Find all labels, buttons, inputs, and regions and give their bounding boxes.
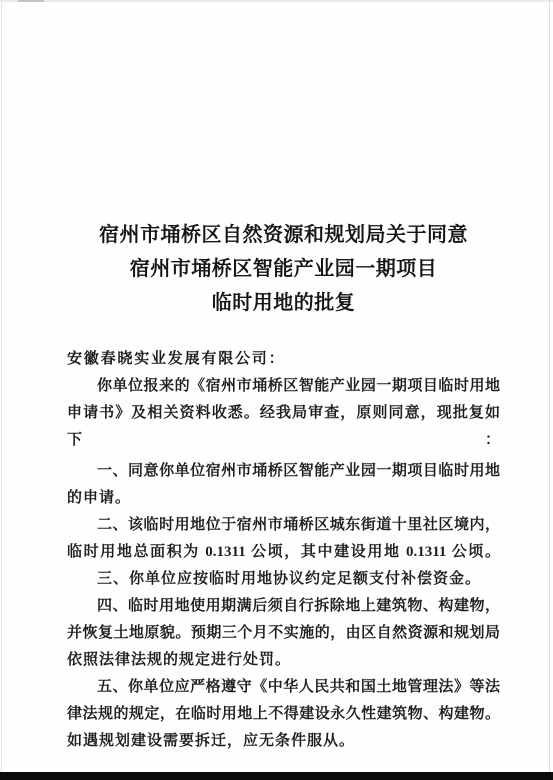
recipient-line: 安徽春晓实业发展有限公司：	[67, 346, 500, 373]
text-line: 你单位报来的《宿州市埇桥区智能产业园一期项目临时用地	[67, 373, 500, 400]
document-title: 宿州市埇桥区自然资源和规划局关于同意 宿州市埇桥区智能产业园一期项目 临时用地的…	[67, 218, 500, 320]
paragraph-item-4: 四、临时用地使用期满后须自行拆除地上建筑物、构建物， 并恢复土地原貌。预期三个月…	[67, 593, 500, 674]
text-line: 临时用地总面积为 0.1311 公顷，其中建设用地 0.1311 公顷。	[67, 539, 500, 566]
paragraph-item-3: 三、你单位应按临时用地协议约定足额支付补偿资金。	[67, 566, 500, 593]
text-line: 申请书》及相关资料收悉。经我局审查，原则同意，现批复如下：	[67, 400, 500, 454]
paragraph-intro: 你单位报来的《宿州市埇桥区智能产业园一期项目临时用地 申请书》及相关资料收悉。经…	[67, 373, 500, 454]
text-line: 三、你单位应按临时用地协议约定足额支付补偿资金。	[67, 566, 500, 593]
document-title-line-2: 宿州市埇桥区智能产业园一期项目	[67, 252, 500, 286]
text-line: 一、同意你单位宿州市埇桥区智能产业园一期项目临时用地	[67, 458, 500, 485]
text-line: 律法规的规定，在临时用地上不得建设永久性建筑物、构建物。	[67, 701, 500, 728]
text-line: 如遇规划建设需要拆迁，应无条件服从。	[67, 728, 500, 755]
text-line: 并恢复土地原貌。预期三个月不实施的，由区自然资源和规划局	[67, 620, 500, 647]
scanned-document-page: 宿州市埇桥区自然资源和规划局关于同意 宿州市埇桥区智能产业园一期项目 临时用地的…	[0, 0, 553, 780]
text-line: 依照法律法规的规定进行处罚。	[67, 647, 500, 674]
paragraph-item-1: 一、同意你单位宿州市埇桥区智能产业园一期项目临时用地 的申请。	[67, 458, 500, 512]
document-title-line-1: 宿州市埇桥区自然资源和规划局关于同意	[67, 218, 500, 252]
document-title-line-3: 临时用地的批复	[67, 286, 500, 320]
text-line: 四、临时用地使用期满后须自行拆除地上建筑物、构建物，	[67, 593, 500, 620]
text-line: 的申请。	[67, 485, 500, 512]
document-sheet: 宿州市埇桥区自然资源和规划局关于同意 宿州市埇桥区智能产业园一期项目 临时用地的…	[0, 0, 553, 755]
paragraph-item-5: 五、你单位应严格遵守《中华人民共和国土地管理法》等法 律法规的规定，在临时用地上…	[67, 674, 500, 755]
text-line: 二、该临时用地位于宿州市埇桥区城东街道十里社区境内，	[67, 512, 500, 539]
scan-bottom-edge-bar	[0, 772, 553, 780]
text-line: 五、你单位应严格遵守《中华人民共和国土地管理法》等法	[67, 674, 500, 701]
paragraph-item-2: 二、该临时用地位于宿州市埇桥区城东街道十里社区境内， 临时用地总面积为 0.13…	[67, 512, 500, 566]
